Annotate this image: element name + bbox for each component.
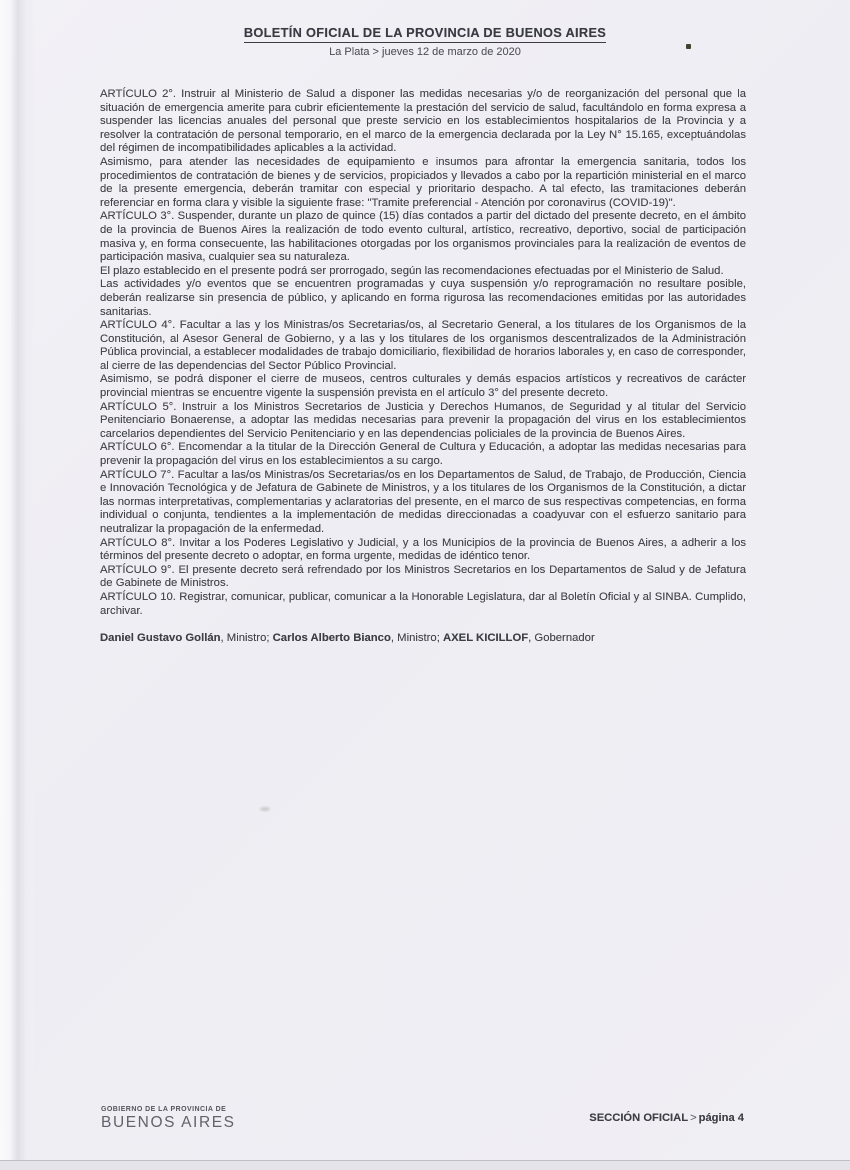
paragraph-articulo-2-cont: Asimismo, para atender las necesidades d… — [100, 156, 746, 210]
paragraph-articulo-6: ARTÍCULO 6°. Encomendar a la titular de … — [100, 441, 746, 468]
document-page: BOLETÍN OFICIAL DE LA PROVINCIA DE BUENO… — [0, 0, 850, 1170]
signer-role: , Ministro; — [221, 632, 273, 644]
paragraph-articulo-4-cont: Asimismo, se podrá disponer el cierre de… — [100, 373, 746, 400]
government-logo-line1: GOBIERNO DE LA PROVINCIA DE — [101, 1106, 236, 1113]
signer-role: , Gobernador — [528, 632, 595, 644]
page-number: página 4 — [699, 1112, 744, 1124]
paragraph-articulo-9: ARTÍCULO 9°. El presente decreto será re… — [100, 564, 746, 591]
government-logo-line2: BUENOS AIRES — [101, 1115, 236, 1131]
decree-body: ARTÍCULO 2°. Instruir al Ministerio de S… — [100, 88, 746, 646]
signer-name: Carlos Alberto Bianco — [273, 632, 391, 644]
paragraph-articulo-8: ARTÍCULO 8°. Invitar a los Poderes Legis… — [100, 537, 746, 564]
section-page-indicator: SECCIÓN OFICIAL>página 4 — [589, 1112, 744, 1124]
government-logo: GOBIERNO DE LA PROVINCIA DE BUENOS AIRES — [101, 1106, 236, 1131]
scan-smudge — [260, 807, 270, 811]
signer-role: , Ministro; — [391, 632, 443, 644]
paragraph-articulo-4: ARTÍCULO 4°. Facultar a las y los Minist… — [100, 319, 746, 373]
paragraph-articulo-2: ARTÍCULO 2°. Instruir al Ministerio de S… — [100, 88, 746, 156]
section-separator: > — [688, 1112, 699, 1124]
signer-name: AXEL KICILLOF — [443, 632, 528, 644]
masthead: BOLETÍN OFICIAL DE LA PROVINCIA DE BUENO… — [0, 24, 850, 58]
signature-line: Daniel Gustavo Gollán, Ministro; Carlos … — [100, 632, 746, 646]
paragraph-articulo-10: ARTÍCULO 10. Registrar, comunicar, publi… — [100, 591, 746, 618]
paragraph-articulo-3-cont-2: Las actividades y/o eventos que se encue… — [100, 278, 746, 319]
paragraph-articulo-3: ARTÍCULO 3°. Suspender, durante un plazo… — [100, 210, 746, 264]
scan-edge-left — [0, 0, 34, 1170]
signer-name: Daniel Gustavo Gollán — [100, 632, 221, 644]
paragraph-articulo-5: ARTÍCULO 5°. Instruir a los Ministros Se… — [100, 401, 746, 442]
paragraph-articulo-3-cont-1: El plazo establecido en el presente podr… — [100, 265, 746, 279]
section-label: SECCIÓN OFICIAL — [589, 1112, 688, 1124]
scan-edge-bottom — [0, 1160, 850, 1170]
dateline: La Plata > jueves 12 de marzo de 2020 — [0, 46, 850, 58]
bulletin-title: BOLETÍN OFICIAL DE LA PROVINCIA DE BUENO… — [244, 25, 606, 43]
paragraph-articulo-7: ARTÍCULO 7°. Facultar a las/os Ministras… — [100, 469, 746, 537]
